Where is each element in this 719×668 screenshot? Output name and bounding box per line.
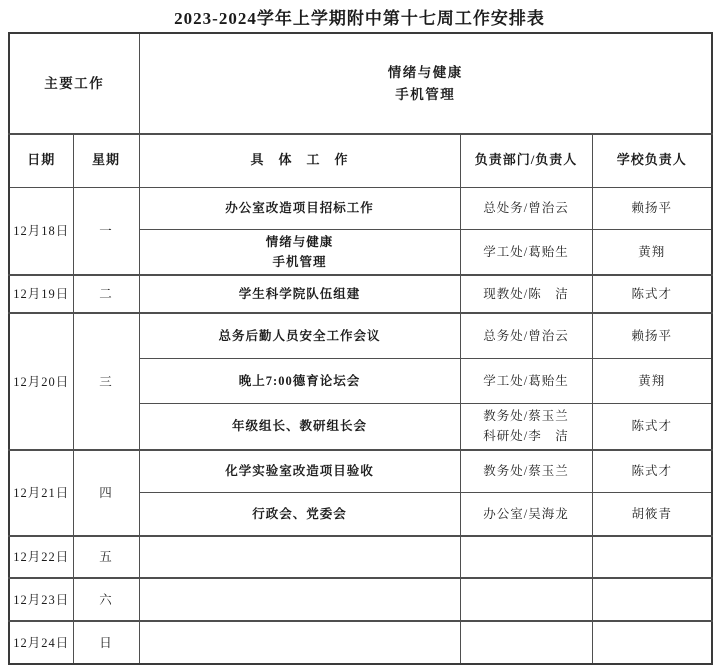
task-cell: 总务后勤人员安全工作会议 xyxy=(139,313,460,358)
table-row: 12月24日 日 xyxy=(9,621,712,664)
header-school-leader: 学校负责人 xyxy=(592,134,712,187)
leader-cell: 陈式才 xyxy=(592,275,712,313)
table-row: 12月21日 四 化学实验室改造项目验收 教务处/蔡玉兰 陈式才 xyxy=(9,450,712,492)
task-cell: 办公室改造项目招标工作 xyxy=(139,187,460,229)
weekday-cell: 六 xyxy=(73,578,139,621)
header-weekday: 星期 xyxy=(73,134,139,187)
weekday-cell: 三 xyxy=(73,313,139,450)
task-cell xyxy=(139,621,460,664)
department-cell: 总务处/曾治云 xyxy=(460,313,592,358)
task-cell: 化学实验室改造项目验收 xyxy=(139,450,460,492)
table-row: 12月20日 三 总务后勤人员安全工作会议 总务处/曾治云 赖扬平 xyxy=(9,313,712,358)
department-cell xyxy=(460,621,592,664)
task-cell: 晚上7:00德育论坛会 xyxy=(139,358,460,403)
date-cell: 12月21日 xyxy=(9,450,73,536)
main-work-row: 主要工作 情绪与健康 手机管理 xyxy=(9,33,712,134)
weekday-cell: 一 xyxy=(73,187,139,275)
leader-cell: 黄翔 xyxy=(592,358,712,403)
department-cell: 总处务/曾治云 xyxy=(460,187,592,229)
leader-cell: 陈式才 xyxy=(592,403,712,450)
header-row: 日期 星期 具 体 工 作 负责部门/负责人 学校负责人 xyxy=(9,134,712,187)
main-work-label: 主要工作 xyxy=(9,33,139,134)
header-department: 负责部门/负责人 xyxy=(460,134,592,187)
department-cell: 现教处/陈 洁 xyxy=(460,275,592,313)
date-cell: 12月20日 xyxy=(9,313,73,450)
leader-cell: 赖扬平 xyxy=(592,313,712,358)
leader-cell: 赖扬平 xyxy=(592,187,712,229)
table-row: 12月23日 六 xyxy=(9,578,712,621)
date-cell: 12月23日 xyxy=(9,578,73,621)
department-cell: 学工处/葛贻生 xyxy=(460,358,592,403)
table-row: 12月18日 一 办公室改造项目招标工作 总处务/曾治云 赖扬平 xyxy=(9,187,712,229)
date-cell: 12月22日 xyxy=(9,536,73,578)
page-title: 2023-2024学年上学期附中第十七周工作安排表 xyxy=(0,4,719,29)
department-cell: 办公室/吴海龙 xyxy=(460,492,592,536)
weekday-cell: 五 xyxy=(73,536,139,578)
task-cell: 行政会、党委会 xyxy=(139,492,460,536)
header-date: 日期 xyxy=(9,134,73,187)
task-cell: 情绪与健康 手机管理 xyxy=(139,229,460,275)
leader-cell xyxy=(592,578,712,621)
department-cell xyxy=(460,578,592,621)
leader-cell: 黄翔 xyxy=(592,229,712,275)
department-cell: 教务处/蔡玉兰 xyxy=(460,450,592,492)
date-cell: 12月19日 xyxy=(9,275,73,313)
main-work-content: 情绪与健康 手机管理 xyxy=(139,33,712,134)
task-cell xyxy=(139,578,460,621)
weekday-cell: 四 xyxy=(73,450,139,536)
weekday-cell: 日 xyxy=(73,621,139,664)
date-cell: 12月24日 xyxy=(9,621,73,664)
schedule-page: 2023-2024学年上学期附中第十七周工作安排表 主要工作 情绪与健康 手机管… xyxy=(0,0,719,668)
table-row: 12月22日 五 xyxy=(9,536,712,578)
leader-cell: 胡筱青 xyxy=(592,492,712,536)
department-cell: 学工处/葛贻生 xyxy=(460,229,592,275)
leader-cell: 陈式才 xyxy=(592,450,712,492)
schedule-table: 主要工作 情绪与健康 手机管理 日期 星期 具 体 工 作 负责部门/负责人 学… xyxy=(8,32,713,665)
department-cell: 教务处/蔡玉兰 科研处/李 洁 xyxy=(460,403,592,450)
weekday-cell: 二 xyxy=(73,275,139,313)
leader-cell xyxy=(592,621,712,664)
date-cell: 12月18日 xyxy=(9,187,73,275)
table-row: 12月19日 二 学生科学院队伍组建 现教处/陈 洁 陈式才 xyxy=(9,275,712,313)
task-cell: 学生科学院队伍组建 xyxy=(139,275,460,313)
task-cell xyxy=(139,536,460,578)
task-cell: 年级组长、教研组长会 xyxy=(139,403,460,450)
leader-cell xyxy=(592,536,712,578)
header-task: 具 体 工 作 xyxy=(139,134,460,187)
department-cell xyxy=(460,536,592,578)
